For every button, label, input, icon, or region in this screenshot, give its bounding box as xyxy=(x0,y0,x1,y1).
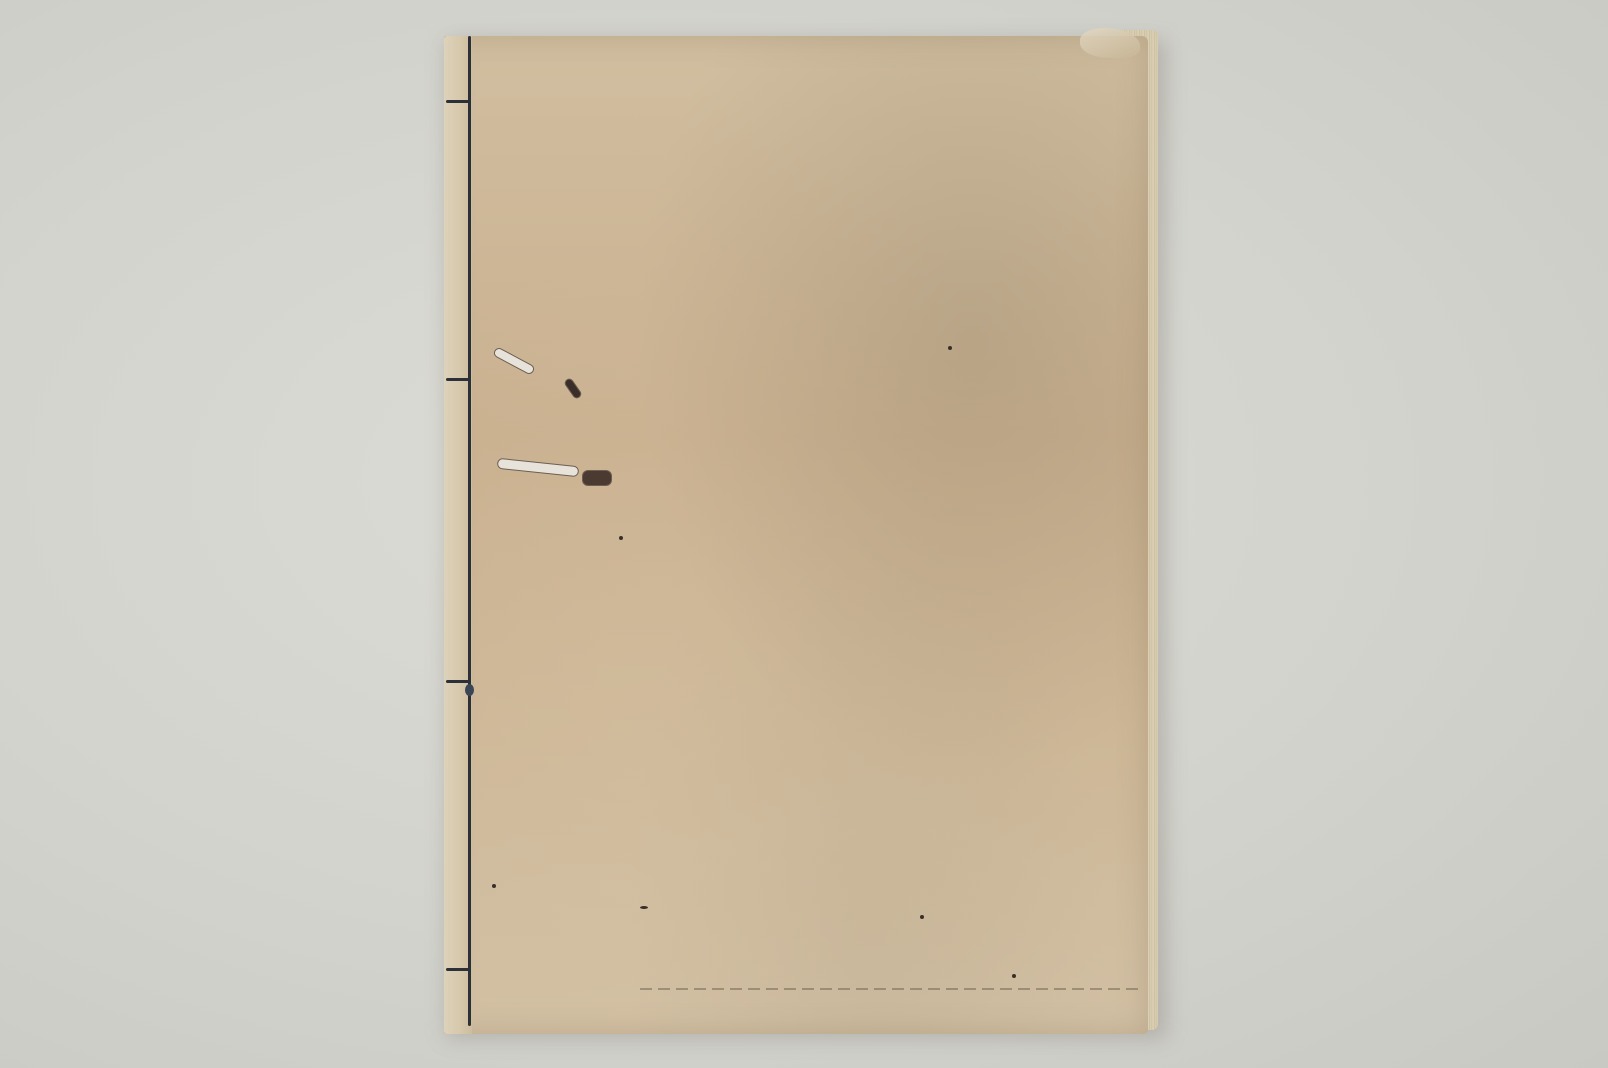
ink-spot xyxy=(1012,974,1016,978)
wormhole-4 xyxy=(582,470,612,486)
binding-stitch-2 xyxy=(446,378,470,381)
binding-stitch-4 xyxy=(446,968,470,971)
binding-stitch-1 xyxy=(446,100,470,103)
ink-spot xyxy=(920,915,924,919)
ink-spot xyxy=(492,884,496,888)
binding-thread-vertical xyxy=(468,36,471,1026)
ink-spot xyxy=(948,346,952,350)
binding-knot xyxy=(465,684,474,696)
binding-stitch-3 xyxy=(446,680,470,683)
book-cover xyxy=(444,36,1148,1034)
ink-spot xyxy=(619,536,623,540)
faint-stain-line xyxy=(640,988,1140,990)
ink-spot xyxy=(640,906,648,909)
